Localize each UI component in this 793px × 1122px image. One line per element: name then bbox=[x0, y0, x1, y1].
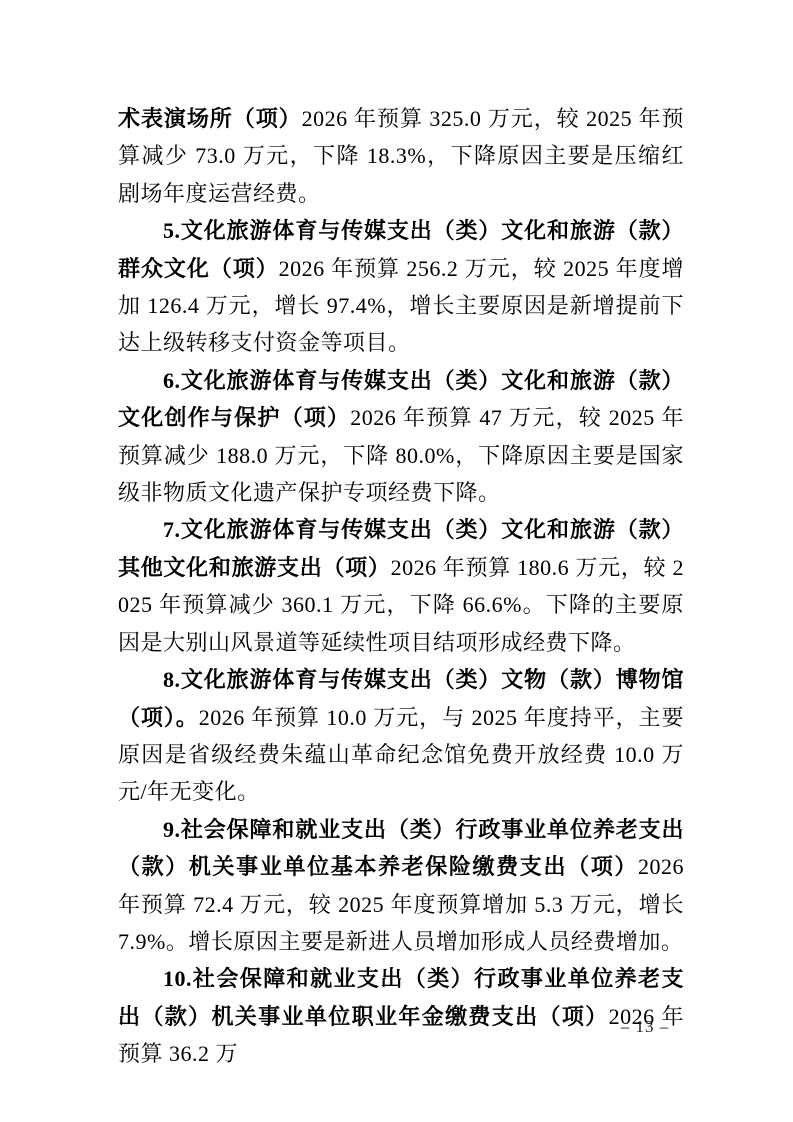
paragraph: 6.文化旅游体育与传媒支出（类）文化和旅游（款）文化创作与保护（项）2026 年… bbox=[118, 362, 684, 512]
paragraph: 5.文化旅游体育与传媒支出（类）文化和旅游（款）群众文化（项）2026 年预算 … bbox=[118, 212, 684, 362]
paragraph-lead: 9.社会保障和就业支出（类）行政事业单位养老支出（款）机关事业单位基本养老保险缴… bbox=[118, 817, 684, 879]
paragraph: 术表演场所（项）2026 年预算 325.0 万元，较 2025 年预算减少 7… bbox=[118, 100, 684, 212]
paragraph: 7.文化旅游体育与传媒支出（类）文化和旅游（款）其他文化和旅游支出（项）2026… bbox=[118, 511, 684, 661]
page-number: – 13 – bbox=[610, 1016, 680, 1038]
document-body: 术表演场所（项）2026 年预算 325.0 万元，较 2025 年预算减少 7… bbox=[118, 100, 684, 1073]
paragraph-lead: 术表演场所（项） bbox=[118, 106, 302, 131]
paragraph: 8.文化旅游体育与传媒支出（类）文物（款）博物馆（项）。2026 年预算 10.… bbox=[118, 661, 684, 811]
paragraph-lead: 10.社会保障和就业支出（类）行政事业单位养老支出（款）机关事业单位职业年金缴费… bbox=[118, 966, 684, 1028]
paragraph: 10.社会保障和就业支出（类）行政事业单位养老支出（款）机关事业单位职业年金缴费… bbox=[118, 960, 684, 1072]
paragraph-body: 2026 年预算 10.0 万元，与 2025 年度持平，主要原因是省级经费朱蕴… bbox=[118, 705, 684, 805]
paragraph: 9.社会保障和就业支出（类）行政事业单位养老支出（款）机关事业单位基本养老保险缴… bbox=[118, 811, 684, 961]
document-page: 术表演场所（项）2026 年预算 325.0 万元，较 2025 年预算减少 7… bbox=[0, 0, 793, 1122]
